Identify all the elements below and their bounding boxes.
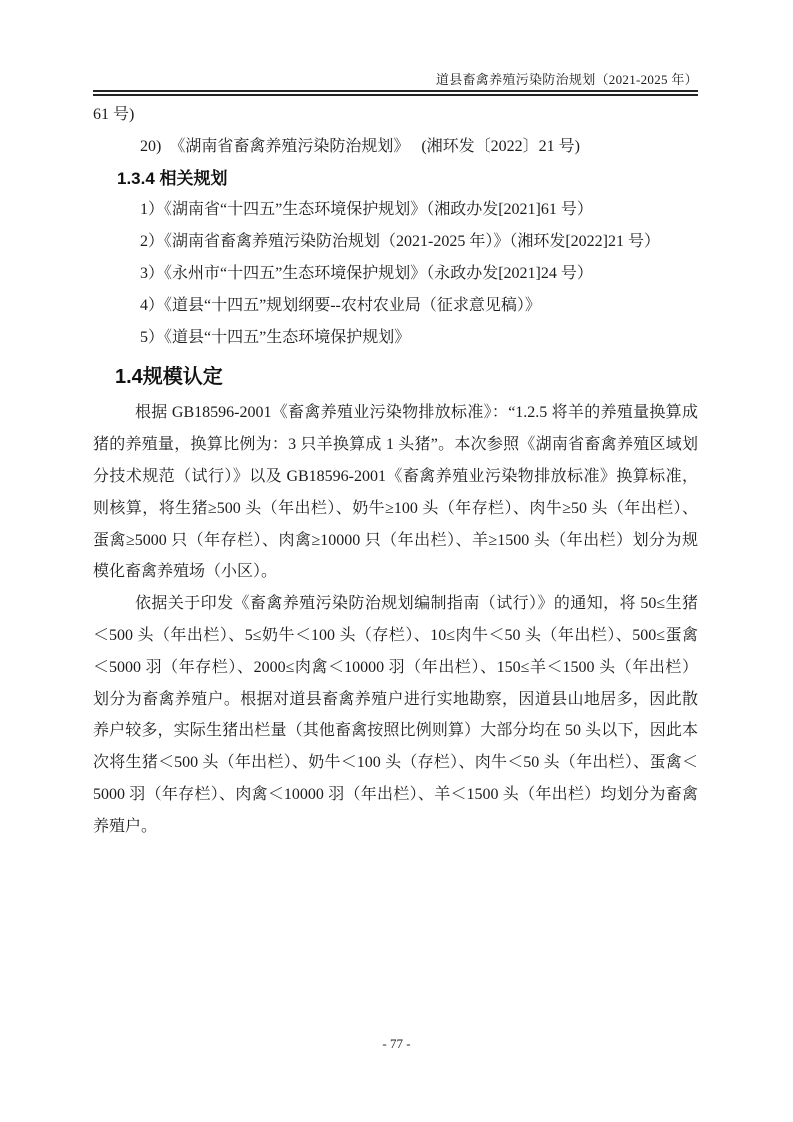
reference-item-20: 20) 《湖南省畜禽养殖污染防治规划》 (湘环发〔2022〕21 号) [93,131,698,163]
document-body: 61 号) 20) 《湖南省畜禽养殖污染防治规划》 (湘环发〔2022〕21 号… [93,99,698,843]
header-title: 道县畜禽养殖污染防治规划（2021-2025 年） [93,72,698,88]
page-number: - 77 - [382,1036,410,1051]
header-double-rule [93,90,698,96]
related-plan-item-3: 3）《永州市“十四五”生态环境保护规划》（永政办发[2021]24 号） [93,258,698,290]
scale-definition-paragraph-1: 根据 GB18596-2001《畜禽养殖业污染物排放标准》：“1.2.5 将羊的… [93,397,698,588]
page-header: 道县畜禽养殖污染防治规划（2021-2025 年） [93,0,698,96]
scale-definition-paragraph-2: 依据关于印发《畜禽养殖污染防治规划编制指南（试行）》的通知，将 50≤生猪＜50… [93,588,698,842]
section-heading-1-3-4: 1.3.4 相关规划 [93,163,698,195]
document-page: 道县畜禽养殖污染防治规划（2021-2025 年） 61 号) 20) 《湖南省… [0,0,793,1122]
section-heading-1-4: 1.4规模认定 [93,359,698,395]
related-plan-item-2: 2）《湖南省畜禽养殖污染防治规划（2021-2025 年）》（湘环发[2022]… [93,226,698,258]
page-footer: - 77 - [0,1036,793,1052]
carryover-line: 61 号) [93,99,698,131]
related-plan-item-1: 1）《湖南省“十四五”生态环境保护规划》（湘政办发[2021]61 号） [93,194,698,226]
related-plan-item-4: 4）《道县“十四五”规划纲要--农村农业局（征求意见稿）》 [93,290,698,322]
related-plan-item-5: 5）《道县“十四五”生态环境保护规划》 [93,322,698,354]
